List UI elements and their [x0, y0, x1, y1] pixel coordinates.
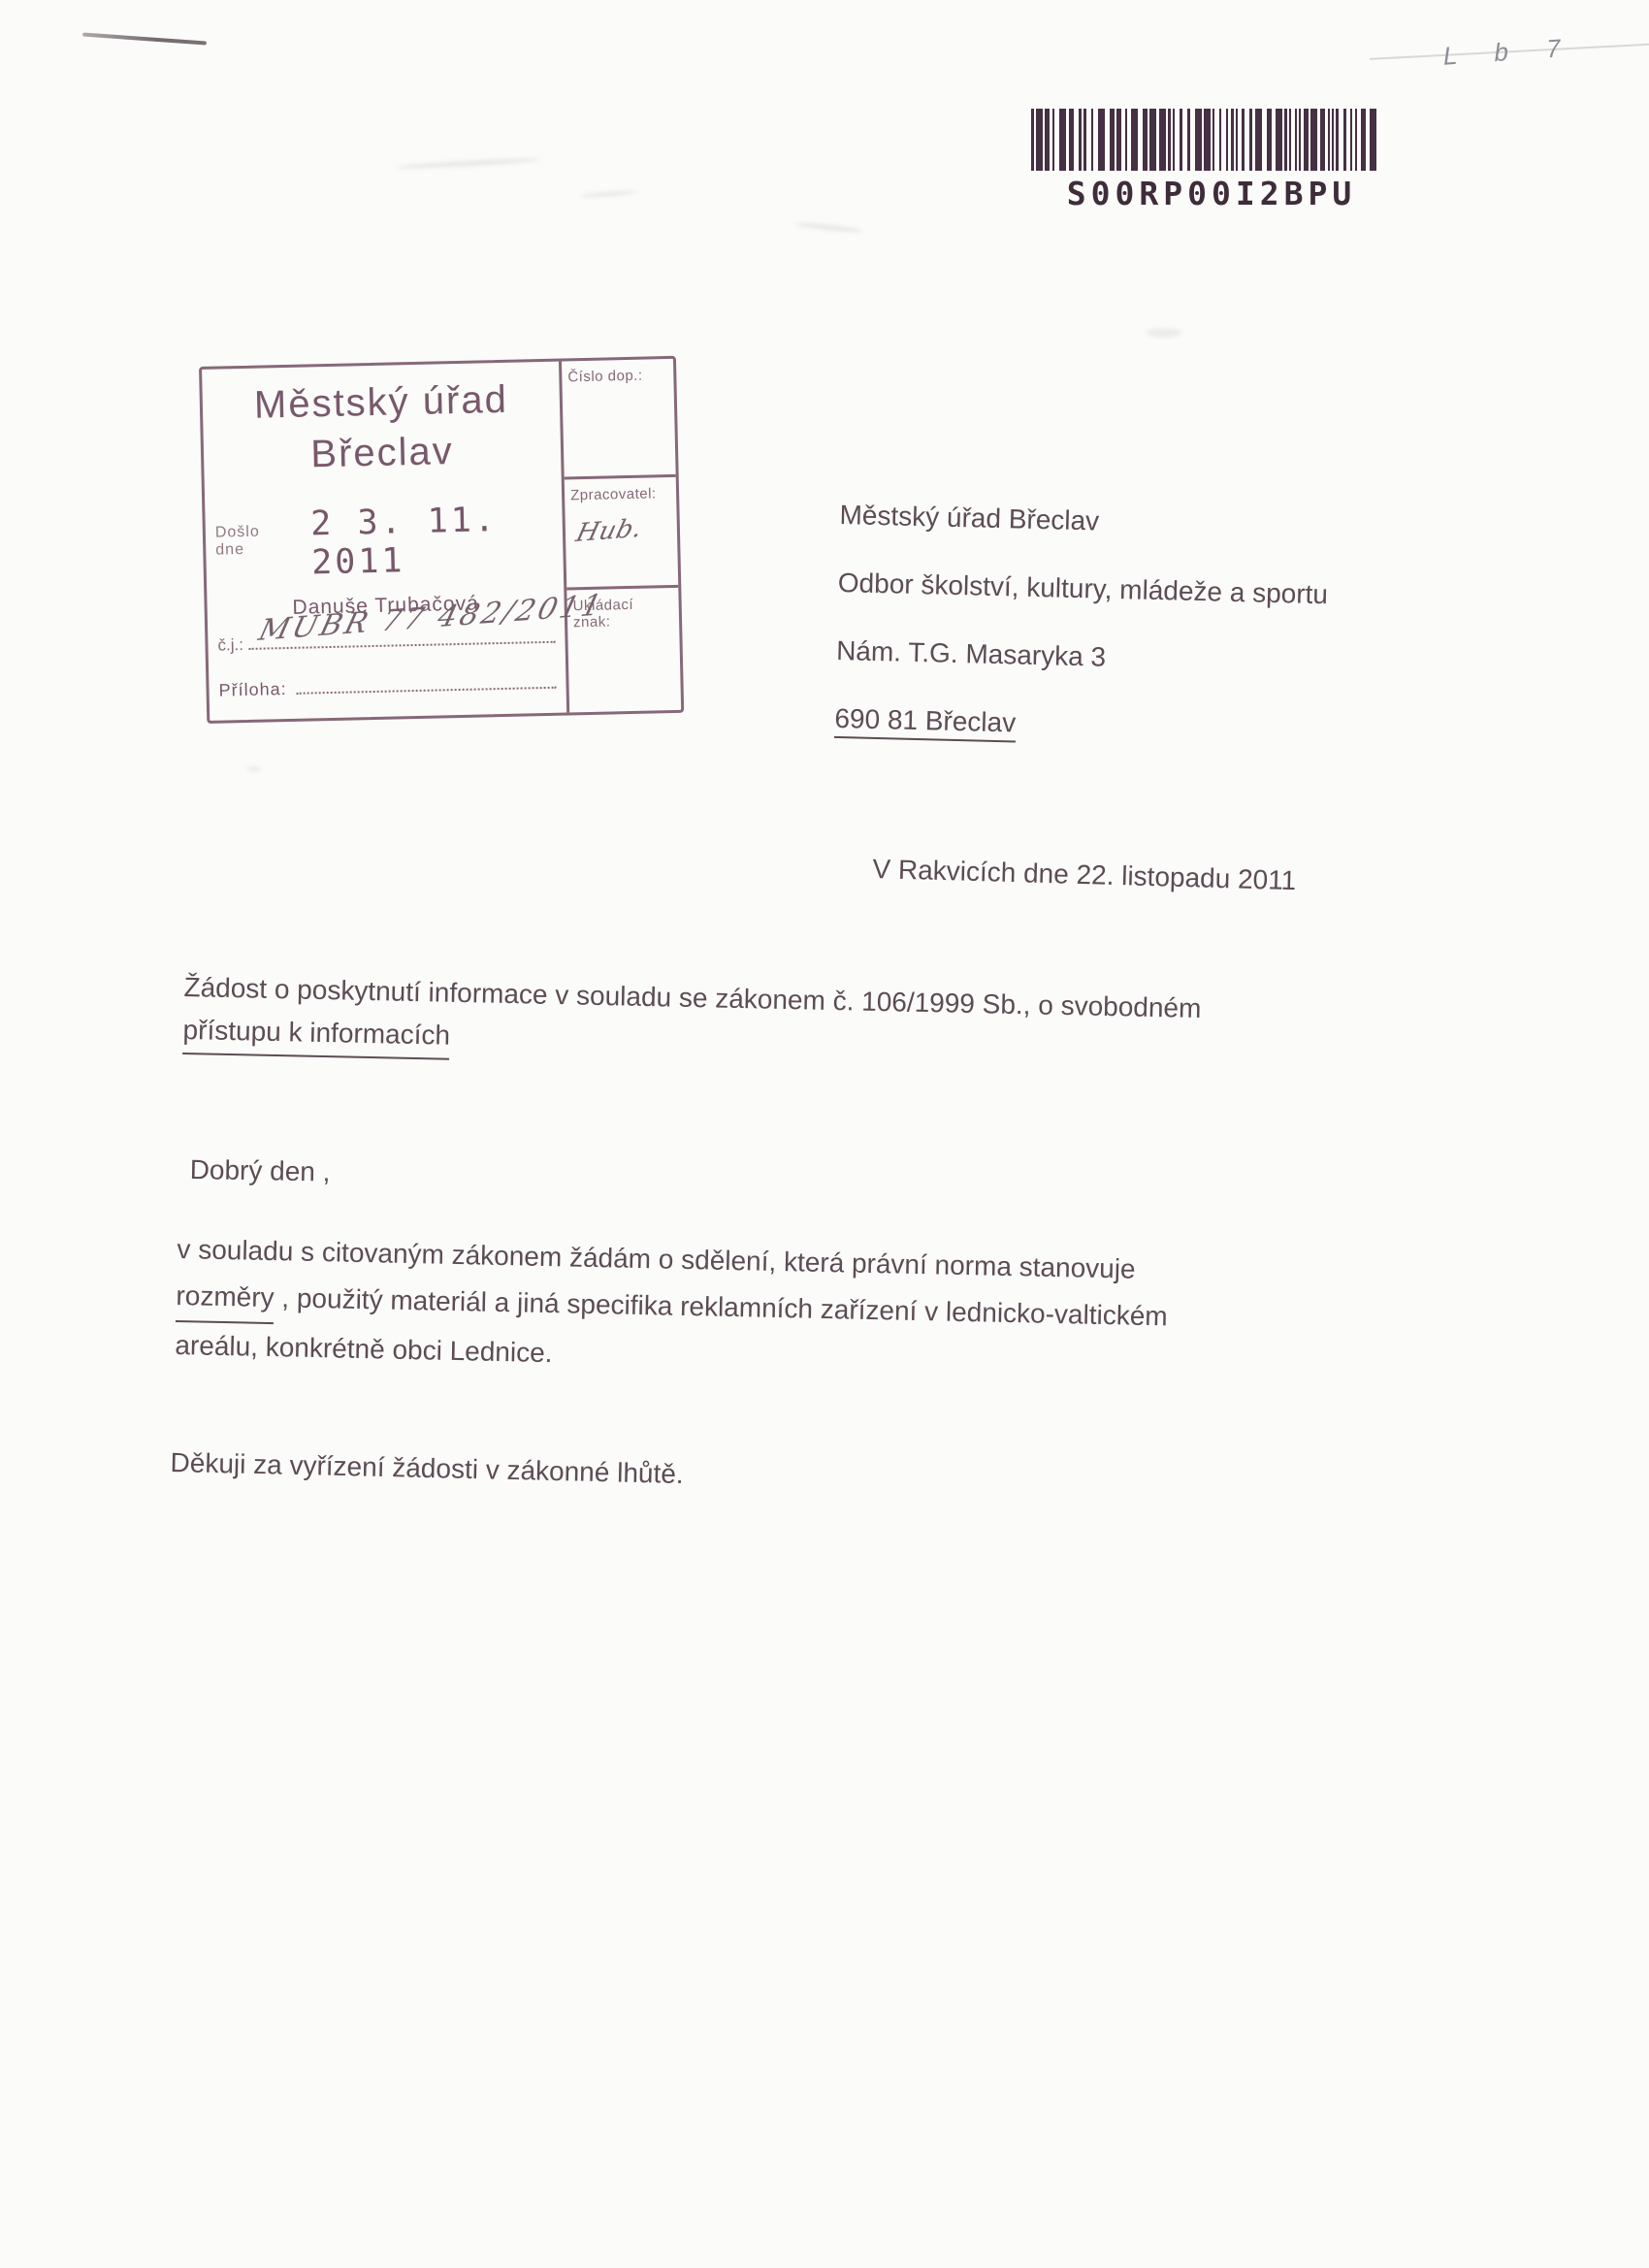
received-date-label: Došlo dne — [215, 523, 278, 559]
reference-number-label: č.j.: — [217, 635, 243, 656]
scan-smudge — [580, 190, 638, 198]
received-date-value: 2 3. 11. 2011 — [310, 500, 554, 583]
stamp-office-line1: Městský úřad — [211, 373, 550, 432]
barcode-block: S00RP00I2BPU — [1031, 109, 1392, 212]
stamp-office-name: Městský úřad Břeclav — [211, 373, 551, 482]
stamp-cell-processor: Zpracovatel: Hub. — [565, 477, 679, 591]
document-number-label: Číslo dop.: — [567, 368, 643, 386]
greeting-line: Dobrý den , — [189, 1154, 330, 1188]
registry-stamp: Městský úřad Břeclav Došlo dne 2 3. 11. … — [199, 356, 684, 724]
stamp-main-area: Městský úřad Břeclav Došlo dne 2 3. 11. … — [202, 362, 566, 721]
reference-dotted-line: MUBR 77 482/2011 — [248, 608, 555, 650]
recipient-city: 690 81 Břeclav — [834, 702, 1017, 743]
recipient-street: Nám. T.G. Masaryka 3 — [836, 634, 1327, 679]
recipient-address-block: Městský úřad Břeclav Odbor školství, kul… — [833, 499, 1330, 785]
handwritten-corner-mark: L b 7 — [1441, 32, 1578, 72]
stamp-attachment-row: Příloha: — [218, 669, 556, 701]
attachment-label: Příloha: — [218, 679, 287, 701]
scan-smudge — [247, 766, 261, 772]
stamp-office-line2: Břeclav — [213, 424, 552, 482]
scan-artifact-dash — [82, 33, 207, 46]
recipient-office: Městský úřad Břeclav — [839, 499, 1330, 543]
scan-smudge — [396, 157, 541, 170]
paragraph-line2-rest: , použitý materiál a jiná specifika rekl… — [274, 1282, 1168, 1331]
scanned-letter-page: L b 7 S00RP00I2BPU Městský úřad Břeclav … — [0, 0, 1649, 2268]
attachment-dotted-line — [296, 669, 556, 695]
stamp-received-row: Došlo dne 2 3. 11. 2011 — [214, 500, 554, 585]
barcode-icon — [1031, 109, 1388, 171]
recipient-department: Odbor školství, kultury, mládeže a sport… — [837, 567, 1328, 611]
processor-initials-handwritten: Hub. — [573, 514, 646, 548]
scan-smudge — [1147, 328, 1181, 338]
subject-line2: přístupu k informacích — [182, 1009, 450, 1060]
request-paragraph: v souladu s citovaným zákonem žádám o sd… — [175, 1226, 1477, 1396]
stamp-side-column: Číslo dop.: Zpracovatel: Hub. Ukládací z… — [559, 359, 681, 713]
scan-smudge — [795, 221, 863, 233]
closing-line: Děkuji za vyřízení žádosti v zákonné lhů… — [170, 1447, 684, 1490]
subject-block: Žádost o poskytnutí informace v souladu … — [182, 966, 1484, 1082]
stamp-reference-row: č.j.: MUBR 77 482/2011 — [217, 608, 556, 656]
place-and-date-line: V Rakvicích dne 22. listopadu 2011 — [872, 854, 1297, 896]
underlined-word: rozměry — [176, 1273, 275, 1324]
stamp-cell-document-number: Číslo dop.: — [562, 359, 676, 480]
barcode-value: S00RP00I2BPU — [1031, 175, 1392, 212]
processor-label: Zpracovatel: — [570, 485, 657, 503]
